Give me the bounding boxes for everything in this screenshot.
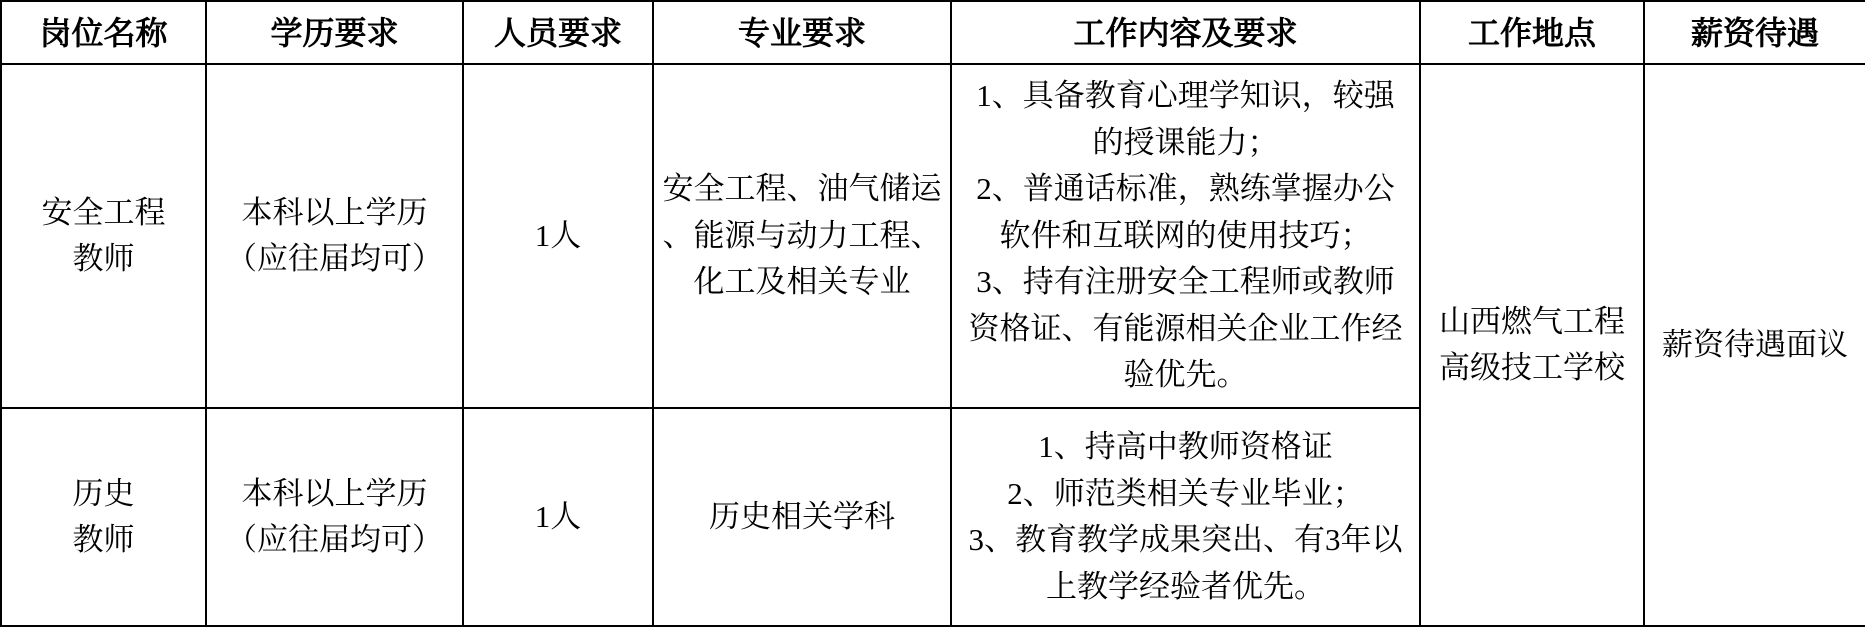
cell-major: 历史相关学科 — [653, 408, 951, 626]
cell-education: 本科以上学历 （应往届均可） — [206, 408, 463, 626]
header-education: 学历要求 — [206, 1, 463, 64]
header-major: 专业要求 — [653, 1, 951, 64]
cell-duties: 1、持高中教师资格证 2、师范类相关专业毕业； 3、教育教学成果突出、有3年以 … — [951, 408, 1420, 626]
cell-education: 本科以上学历 （应往届均可） — [206, 64, 463, 408]
cell-headcount: 1人 — [463, 64, 653, 408]
header-duties: 工作内容及要求 — [951, 1, 1420, 64]
cell-salary: 薪资待遇面议 — [1644, 64, 1865, 626]
cell-position: 安全工程 教师 — [1, 64, 206, 408]
cell-major: 安全工程、油气储运 、能源与动力工程、 化工及相关专业 — [653, 64, 951, 408]
cell-duties: 1、具备教育心理学知识，较强 的授课能力； 2、普通话标准，熟练掌握办公 软件和… — [951, 64, 1420, 408]
header-salary: 薪资待遇 — [1644, 1, 1865, 64]
cell-position: 历史 教师 — [1, 408, 206, 626]
recruitment-table: 岗位名称 学历要求 人员要求 专业要求 工作内容及要求 工作地点 薪资待遇 安全… — [0, 0, 1865, 627]
cell-headcount: 1人 — [463, 408, 653, 626]
header-headcount: 人员要求 — [463, 1, 653, 64]
cell-location: 山西燃气工程 高级技工学校 — [1420, 64, 1644, 626]
table-header-row: 岗位名称 学历要求 人员要求 专业要求 工作内容及要求 工作地点 薪资待遇 — [1, 1, 1865, 64]
table-row: 安全工程 教师 本科以上学历 （应往届均可） 1人 安全工程、油气储运 、能源与… — [1, 64, 1865, 408]
header-position: 岗位名称 — [1, 1, 206, 64]
header-location: 工作地点 — [1420, 1, 1644, 64]
